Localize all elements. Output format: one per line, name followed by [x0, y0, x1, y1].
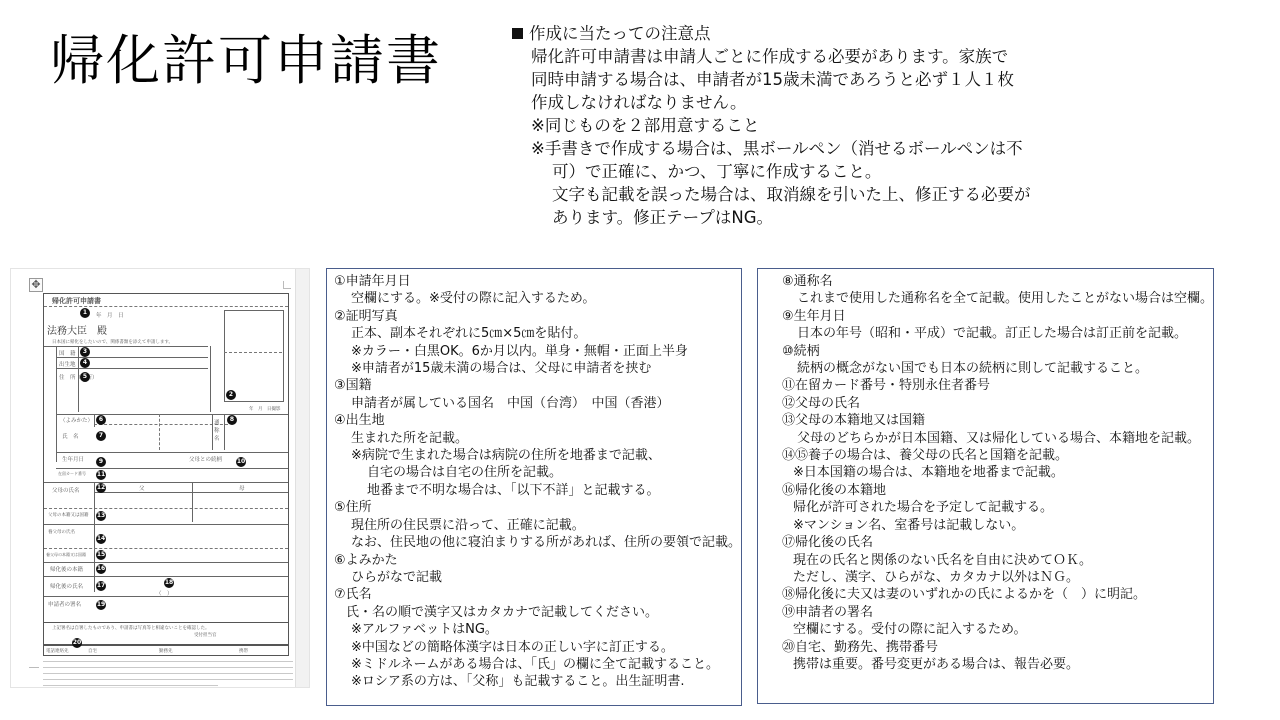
badge-10: 10	[236, 457, 246, 467]
explanation-box-left: ①申請年月日 空欄にする。※受付の際に記入するため。 ②証明写真 正本、副本それ…	[326, 268, 742, 706]
form-col	[159, 414, 160, 450]
badge-1: 1	[80, 308, 90, 318]
form-declaration: 日本国に帰化をしたいので、関係書類を添えて申請します。	[52, 339, 173, 345]
form-addressee: 法務大臣 殿	[47, 322, 107, 337]
form-sheet: 帰化許可申請書 1 年 月 日 法務大臣 殿 日本国に帰化をしたいので、関係書類…	[43, 293, 289, 623]
badge-7: 7	[96, 431, 106, 441]
form-rule	[56, 452, 288, 453]
form-rule	[44, 562, 288, 563]
form-rule	[44, 548, 288, 549]
badge-2: 2	[226, 390, 236, 400]
item-line: 空欄にする。※受付の際に記入するため。	[334, 290, 741, 307]
label-parents-domicile: 父母の本籍又は国籍	[48, 512, 89, 518]
form-rule	[44, 508, 288, 509]
item-title: ①申請年月日	[334, 273, 741, 290]
badge-9: 9	[96, 457, 106, 467]
form-rule	[94, 424, 228, 425]
item-line: 父母のどちらかが日本国籍、又は帰化している場合、本籍地を記載。	[782, 430, 1213, 447]
application-form-image: ✥ 帰化許可申請書 1 年 月 日 法務大臣 殿 日本国に帰化をしたいので、関係…	[10, 268, 310, 688]
item-title: ⑤住所	[334, 499, 741, 516]
item-title: ⑯帰化後の本籍地	[782, 482, 1213, 499]
badge-11: 11	[96, 470, 106, 480]
form-rule	[44, 482, 288, 483]
label-signature: 申請者の署名	[48, 600, 81, 608]
item-line: 帰化が許可された場合を予定して記載する。	[782, 499, 1213, 516]
item-title: ⑭⑮養子の場合は、養父母の氏名と国籍を記載。	[782, 447, 1213, 464]
item-line: ※アルファベットはNG。	[334, 621, 741, 638]
form-col	[94, 414, 95, 427]
move-handle-icon[interactable]: ✥	[29, 278, 43, 292]
page-title: 帰化許可申請書	[50, 26, 442, 96]
item-line: ※病院で生まれた場合は病院の住所を地番まで記載、	[334, 447, 741, 464]
item-line: 自宅の場合は自宅の住所を記載。	[334, 464, 741, 481]
label-adoptive-parents-domicile: 養父母の本籍又は国籍	[46, 552, 86, 558]
item-title: ⑲申請者の署名	[782, 604, 1213, 621]
item-title: ⑪在留カード番号・特別永住者番号	[782, 377, 1213, 394]
notes-section: 作成に当たっての注意点 帰化許可申請書は申請人ごとに作成する必要があります。家族…	[512, 22, 1112, 229]
item-line: ※ロシア系の方は、「父称」も記載すること。出生証明書.	[334, 673, 741, 690]
page-edge	[295, 269, 309, 687]
square-bullet-icon	[512, 28, 523, 39]
label-dob: 生年月日	[62, 455, 84, 463]
label-phone: 電話連絡先	[46, 648, 69, 654]
corner-mark	[29, 667, 39, 675]
label-home: 自宅	[88, 648, 97, 654]
form-col	[212, 414, 213, 450]
form-rule	[224, 352, 282, 353]
form-rule	[44, 576, 288, 577]
item-line: ※ミドルネームがある場合は、「氏」の欄に全て記載すること。	[334, 656, 741, 673]
form-rule	[44, 306, 288, 307]
item-title: ②証明写真	[334, 308, 741, 325]
badge-8: 8	[227, 415, 237, 425]
label-mother: 母	[239, 484, 245, 492]
badge-14: 14	[96, 534, 106, 544]
form-rule	[56, 468, 288, 469]
item-title: ⑫父母の氏名	[782, 395, 1213, 412]
label-alias: 通称名	[214, 418, 222, 442]
form-rule	[94, 492, 288, 493]
notes-line: 可）で正確に、かつ、丁寧に作成すること。	[512, 160, 1112, 183]
label-card-number: 在留カード番号	[58, 471, 86, 477]
label-receiver: 受付担当官	[194, 632, 217, 638]
form-col	[224, 414, 225, 450]
item-title: ⑧通称名	[782, 273, 1213, 290]
label-mobile: 携帯	[239, 648, 248, 654]
badge-17: 17	[96, 581, 106, 591]
badge-16: 16	[96, 564, 106, 574]
corner-mark	[283, 281, 291, 289]
item-line: 地番まで不明な場合は、「以下不詳」と記載する。	[334, 482, 741, 499]
item-line: ただし、漢字、ひらがな、カタカナ以外はＮＧ。	[782, 569, 1213, 586]
badge-15: 15	[96, 550, 106, 560]
badge-13: 13	[96, 511, 106, 521]
notes-line: 帰化許可申請書は申請人ごとに作成する必要があります。家族で	[512, 45, 1112, 68]
item-line: 現在の氏名と関係のない氏名を自由に決めてＯＫ。	[782, 552, 1213, 569]
photo-caption: 年 月 日撮影	[249, 406, 281, 412]
label-nationality: 国 籍	[59, 349, 76, 357]
item-line: 申請者が属している国名 中国（台湾） 中国（香港）	[334, 395, 741, 412]
item-title: ⑰帰化後の氏名	[782, 534, 1213, 551]
item-line: ※中国などの簡略体漢字は日本の正しい字に訂正する。	[334, 639, 741, 656]
notes-line: 文字も記載を誤った場合は、取消線を引いた上、修正する必要が	[512, 183, 1112, 206]
item-title: ③国籍	[334, 377, 741, 394]
item-line: 現住所の住民票に沿って、正確に記載。	[334, 517, 741, 534]
item-line: 空欄にする。受付の際に記入するため。	[782, 621, 1213, 638]
form-col	[56, 346, 57, 462]
label-post-name: 帰化後の氏名	[50, 582, 83, 590]
item-line: 正本、副本それぞれに5㎝×5㎝を貼付。	[334, 325, 741, 342]
label-birthplace: 出生地	[59, 360, 76, 368]
explanation-box-right: ⑧通称名 これまで使用した通称名を全て記載。使用したことがない場合は空欄。 ⑨生…	[757, 268, 1214, 704]
item-line: 携帯は重要。番号変更がある場合は、報告必要。	[782, 656, 1213, 673]
form-rule	[44, 596, 288, 597]
form-col	[210, 346, 211, 412]
item-title: ④出生地	[334, 412, 741, 429]
form-title: 帰化許可申請書	[52, 296, 101, 306]
badge-3: 3	[80, 347, 90, 357]
item-line: ※申請者が15歳未満の場合は、父母に申請者を挟む	[334, 360, 741, 377]
notes-line: 同時申請する場合は、申請者が15歳未満であろうと必ず１人１枚	[512, 68, 1112, 91]
item-title: ⑥よみかた	[334, 552, 741, 569]
item-title: ⑨生年月日	[782, 308, 1213, 325]
item-line: ※日本国籍の場合は、本籍地を地番まで記載。	[782, 464, 1213, 481]
form-col	[192, 482, 193, 522]
form-rule	[44, 524, 288, 525]
notes-line: 作成しなければなりません。	[512, 91, 1112, 114]
photo-box	[224, 310, 284, 402]
item-title: ⑦氏名	[334, 586, 741, 603]
item-line: ※マンション名、室番号は記載しない。	[782, 517, 1213, 534]
item-title: ⑬父母の本籍地又は国籍	[782, 412, 1213, 429]
notes-line: あります。修正テープはNG。	[512, 206, 1112, 229]
item-line: これまで使用した通称名を全て記載。使用したことがない場合は空欄。	[782, 290, 1213, 307]
item-title: ⑱帰化後に夫又は妻のいずれかの氏によるかを（ ）に明記。	[782, 586, 1213, 603]
label-parents-name: 父母の氏名	[52, 486, 80, 494]
badge-20: 20	[72, 638, 82, 648]
label-reading: （よみかた）	[60, 416, 93, 424]
item-line: 続柄の概念がない国でも日本の続柄に則して記載すること。	[782, 360, 1213, 377]
label-father: 父	[139, 484, 145, 492]
item-line: ひらがなで記載	[334, 569, 741, 586]
item-line: 氏・名の順で漢字又はカタカナで記載してください。	[334, 604, 741, 621]
badge-5: 5	[80, 372, 90, 382]
form-rule	[44, 346, 208, 347]
item-line: なお、住民地の他に寝泊まりする所があれば、住所の要領で記載。	[334, 534, 741, 551]
badge-12: 12	[96, 483, 106, 493]
badge-6: 6	[96, 415, 106, 425]
label-address: 住 所（居所）	[59, 373, 98, 381]
form-footnotes	[43, 661, 293, 691]
label-post-domicile: 帰化後の本籍	[50, 565, 83, 573]
label-work: 勤務先	[159, 648, 173, 654]
badge-4: 4	[80, 358, 90, 368]
form-phone-row: 20 電話連絡先 自宅 勤務先 携帯	[43, 645, 289, 656]
notes-heading-text: 作成に当たっての注意点	[529, 22, 711, 45]
item-line: 生まれた所を記載。	[334, 430, 741, 447]
label-confirmation: 上記署名は自署したものであり、申請書は写真等と相違ないことを確認した。	[52, 625, 210, 631]
badge-18: 18	[164, 578, 174, 588]
label-adoptive-parents-name: 養父母の氏名	[48, 529, 75, 535]
notes-line: ※手書きで作成する場合は、黒ボールペン（消せるボールペンは不	[512, 137, 1112, 160]
item-line: 日本の年号（昭和・平成）で記載。訂正した場合は訂正前を記載。	[782, 325, 1213, 342]
label-name: 氏 名	[62, 432, 79, 440]
form-rule	[56, 414, 288, 415]
item-line: ※カラー・白黒OK。6か月以内。単身・無帽・正面上半身	[334, 343, 741, 360]
label-relationship: 父母との続柄	[189, 455, 222, 463]
notes-heading: 作成に当たっての注意点	[512, 22, 1112, 45]
item-title: ⑳自宅、勤務先、携帯番号	[782, 639, 1213, 656]
notes-line: ※同じものを２部用意すること	[512, 114, 1112, 137]
item-title: ⑩続柄	[782, 343, 1213, 360]
badge-19: 19	[96, 600, 106, 610]
form-date: 年 月 日	[96, 311, 124, 319]
